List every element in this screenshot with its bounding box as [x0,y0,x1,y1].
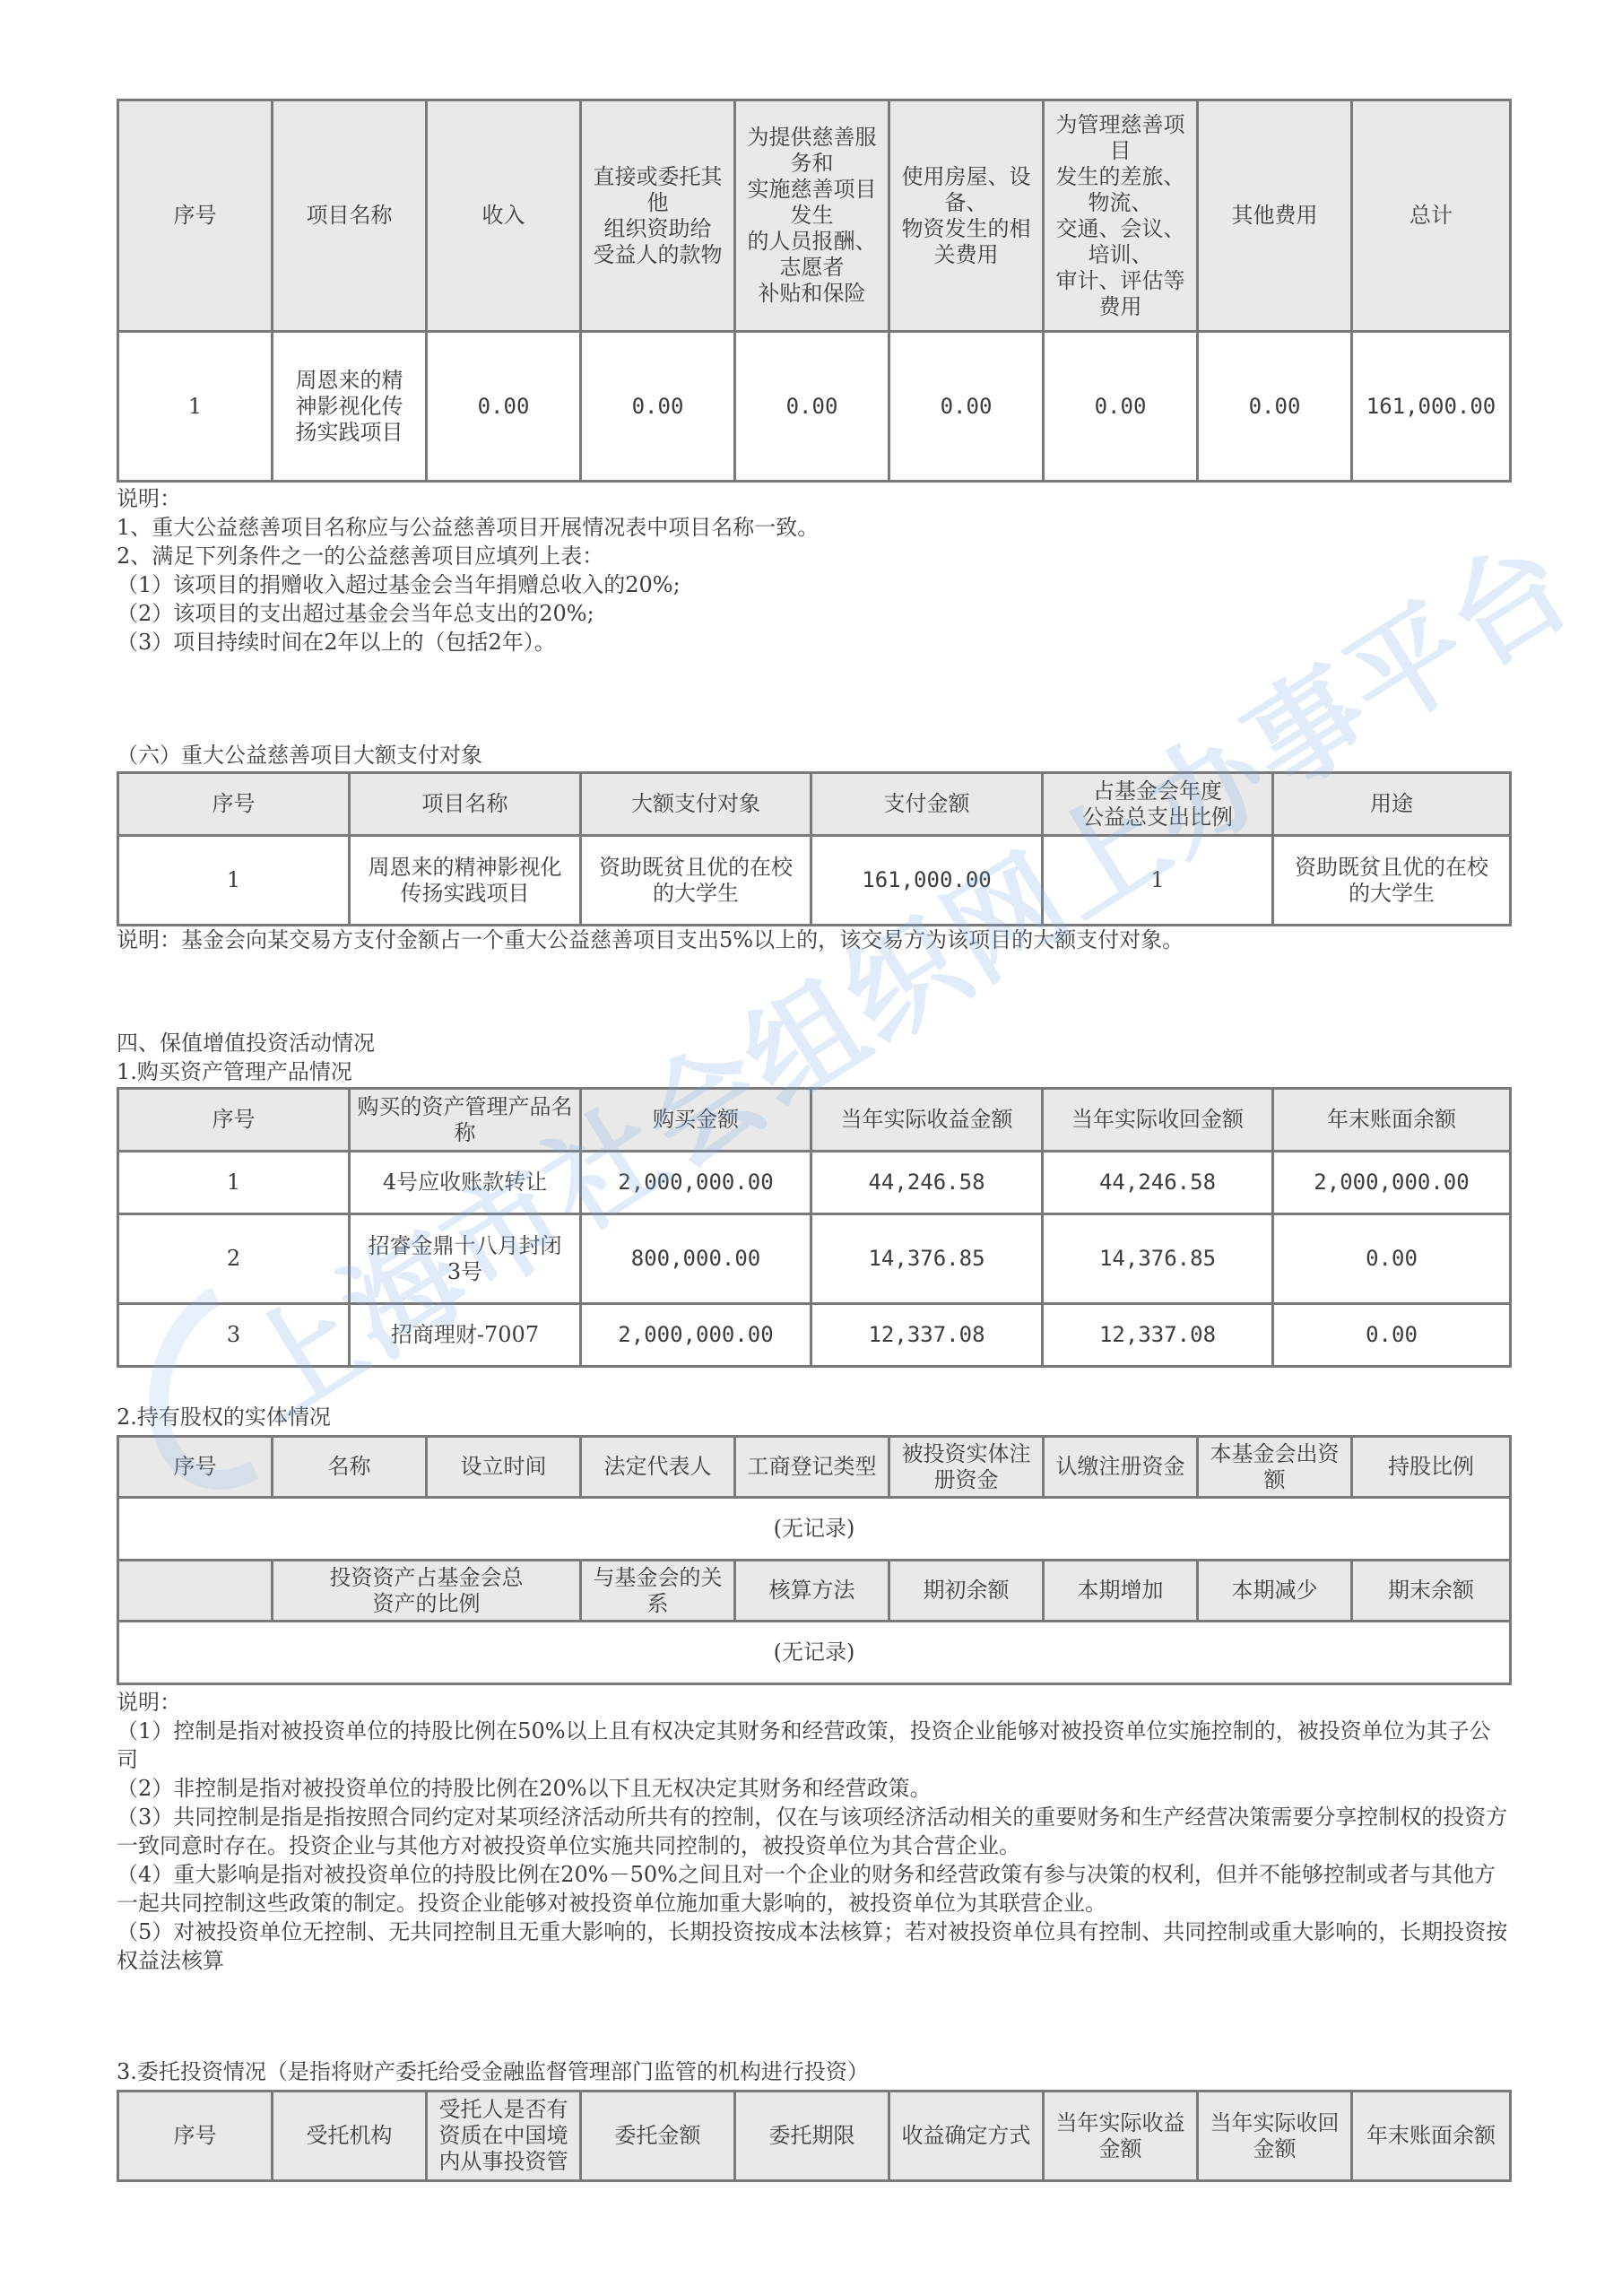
document-page: 序号 项目名称 收入 直接或委托其他组织资助给受益人的款物 为提供慈善服务和实施… [0,0,1622,2296]
cell-purchase: 2,000,000.00 [581,1304,811,1367]
header-cell: 期初余额 [889,1561,1044,1622]
header-cell: 总计 [1352,100,1511,332]
header-cell: 用途 [1273,773,1511,836]
table-row: 1 4号应收账款转让 2,000,000.00 44,246.58 44,246… [118,1152,1511,1214]
note-line: （3）项目持续时间在2年以上的（包括2年）。 [117,628,1511,657]
header-cell: 其他费用 [1198,100,1352,332]
header-cell: 被投资实体注册资金 [889,1437,1044,1498]
equity-table: 序号 名称 设立时间 法定代表人 工商登记类型 被投资实体注册资金 认缴注册资金… [117,1435,1512,1685]
table-header-row: 投资资产占基金会总资产的比例 与基金会的关系 核算方法 期初余额 本期增加 本期… [118,1561,1511,1622]
header-cell: 序号 [118,100,273,332]
cell-grants: 0.00 [581,332,735,482]
header-cell: 当年实际收回金额 [1198,2092,1352,2181]
header-cell: 占基金会年度公益总支出比例 [1043,773,1273,836]
header-cell: 期末余额 [1352,1561,1511,1622]
cell-income: 14,376.85 [811,1214,1043,1304]
header-cell: 当年实际收益金额 [811,1089,1043,1152]
header-cell: 工商登记类型 [735,1437,889,1498]
note-line: （3）共同控制是指是指按照合同约定对某项经济活动所共有的控制，仅在与该项经济活动… [117,1803,1511,1860]
cell-recovered: 12,337.08 [1043,1304,1273,1367]
notes-title: 说明： [117,484,1511,513]
header-cell: 大额支付对象 [581,773,811,836]
cell-index: 3 [118,1304,350,1367]
header-cell: 核算方法 [735,1561,889,1622]
table-header-row: 序号 名称 设立时间 法定代表人 工商登记类型 被投资实体注册资金 认缴注册资金… [118,1437,1511,1498]
cell-payee: 资助既贫且优的在校的大学生 [581,836,811,926]
table-header-row: 序号 项目名称 收入 直接或委托其他组织资助给受益人的款物 为提供慈善服务和实施… [118,100,1511,332]
cell-facilities: 0.00 [889,332,1044,482]
cell-purchase: 800,000.00 [581,1214,811,1304]
header-cell: 购买的资产管理产品名称 [350,1089,581,1152]
cell-total: 161,000.00 [1352,332,1511,482]
major-projects-table: 序号 项目名称 收入 直接或委托其他组织资助给受益人的款物 为提供慈善服务和实施… [117,99,1512,483]
cell-income: 0.00 [427,332,581,482]
major-projects-notes: 说明： 1、重大公益慈善项目名称应与公益慈善项目开展情况表中项目名称一致。 2、… [117,484,1511,657]
section-title-investment: 四、保值增值投资活动情况 [117,1030,375,1057]
header-cell: 收入 [427,100,581,332]
header-cell: 支付金额 [811,773,1043,836]
header-cell: 本期增加 [1044,1561,1198,1622]
header-cell: 项目名称 [350,773,581,836]
header-cell: 受托机构 [273,2092,427,2181]
note-line: （5）对被投资单位无控制、无共同控制且无重大影响的，长期投资按成本法核算；若对被… [117,1918,1511,1975]
asset-mgmt-table: 序号 购买的资产管理产品名称 购买金额 当年实际收益金额 当年实际收回金额 年末… [117,1087,1512,1368]
header-cell: 年末账面余额 [1352,2092,1511,2181]
cell-other: 0.00 [1198,332,1352,482]
header-cell: 委托期限 [735,2092,889,2181]
table-header-row: 序号 购买的资产管理产品名称 购买金额 当年实际收益金额 当年实际收回金额 年末… [118,1089,1511,1152]
table-row: 2 招睿金鼎十八月封闭3号 800,000.00 14,376.85 14,37… [118,1214,1511,1304]
cell-index: 2 [118,1214,350,1304]
header-cell: 收益确定方式 [889,2092,1044,2181]
cell-index: 1 [118,332,273,482]
cell-recovered: 14,376.85 [1043,1214,1273,1304]
table-row: (无记录) [118,1498,1511,1561]
entrusted-investment-table: 序号 受托机构 受托人是否有资质在中国境内从事投资管 委托金额 委托期限 收益确… [117,2090,1512,2182]
header-cell [118,1561,273,1622]
header-cell: 本期减少 [1198,1561,1352,1622]
header-cell: 年末账面余额 [1273,1089,1511,1152]
header-cell: 序号 [118,2092,273,2181]
cell-income: 44,246.58 [811,1152,1043,1214]
note-line: （2）非控制是指对被投资单位的持股比例在20%以下且无权决定其财务和经营政策。 [117,1774,1511,1803]
header-cell: 受托人是否有资质在中国境内从事投资管 [427,2092,581,2181]
header-cell: 认缴注册资金 [1044,1437,1198,1498]
cell-product: 4号应收账款转让 [350,1152,581,1214]
cell-product: 招商理财-7007 [350,1304,581,1367]
header-cell: 购买金额 [581,1089,811,1152]
table-row: 1 周恩来的精神影视化传扬实践项目 资助既贫且优的在校的大学生 161,000.… [118,836,1511,926]
header-cell: 序号 [118,773,350,836]
cell-purpose: 资助既贫且优的在校的大学生 [1273,836,1511,926]
section-title-large-payment: （六）重大公益慈善项目大额支付对象 [117,742,482,769]
subsection-title-equity: 2.持有股权的实体情况 [117,1404,331,1431]
table-header-row: 序号 受托机构 受托人是否有资质在中国境内从事投资管 委托金额 委托期限 收益确… [118,2092,1511,2181]
subsection-title-asset-mgmt: 1.购买资产管理产品情况 [117,1058,352,1085]
cell-recovered: 44,246.58 [1043,1152,1273,1214]
cell-project-name: 周恩来的精神影视化传扬实践项目 [350,836,581,926]
table-row: 1 周恩来的精神影视化传扬实践项目 0.00 0.00 0.00 0.00 0.… [118,332,1511,482]
cell-product: 招睿金鼎十八月封闭3号 [350,1214,581,1304]
header-cell: 为管理慈善项目发生的差旅、物流、交通、会议、培训、审计、评估等费用 [1044,100,1198,332]
no-record-text: (无记录) [118,1498,1511,1561]
cell-purchase: 2,000,000.00 [581,1152,811,1214]
note-line: （1）控制是指对被投资单位的持股比例在50%以上且有权决定其财务和经营政策，投资… [117,1717,1511,1774]
table-header-row: 序号 项目名称 大额支付对象 支付金额 占基金会年度公益总支出比例 用途 [118,773,1511,836]
header-cell: 与基金会的关系 [581,1561,735,1622]
header-cell: 序号 [118,1089,350,1152]
header-cell: 使用房屋、设备、物资发生的相关费用 [889,100,1044,332]
cell-ratio: 1 [1043,836,1273,926]
notes-title: 说明： [117,1688,1511,1717]
note-line: 1、重大公益慈善项目名称应与公益慈善项目开展情况表中项目名称一致。 [117,513,1511,542]
note-line: （2）该项目的支出超过基金会当年总支出的20%; [117,599,1511,628]
cell-amount: 161,000.00 [811,836,1043,926]
header-cell: 设立时间 [427,1437,581,1498]
header-cell: 法定代表人 [581,1437,735,1498]
cell-admin: 0.00 [1044,332,1198,482]
cell-project-name: 周恩来的精神影视化传扬实践项目 [273,332,427,482]
equity-notes: 说明： （1）控制是指对被投资单位的持股比例在50%以上且有权决定其财务和经营政… [117,1688,1511,1975]
cell-balance: 0.00 [1273,1214,1511,1304]
header-cell: 为提供慈善服务和实施慈善项目发生的人员报酬、志愿者补贴和保险 [735,100,889,332]
header-cell: 当年实际收回金额 [1043,1089,1273,1152]
table-row: (无记录) [118,1622,1511,1684]
header-cell: 项目名称 [273,100,427,332]
note-line: （4）重大影响是指对被投资单位的持股比例在20%－50%之间且对一个企业的财务和… [117,1860,1511,1918]
no-record-text: (无记录) [118,1622,1511,1684]
cell-balance: 0.00 [1273,1304,1511,1367]
header-cell: 名称 [273,1437,427,1498]
header-cell: 当年实际收益金额 [1044,2092,1198,2181]
subsection-title-entrusted: 3.委托投资情况（是指将财产委托给受金融监督管理部门监管的机构进行投资） [117,2058,869,2085]
cell-index: 1 [118,836,350,926]
large-payment-table: 序号 项目名称 大额支付对象 支付金额 占基金会年度公益总支出比例 用途 1 周… [117,771,1512,926]
header-cell: 投资资产占基金会总资产的比例 [273,1561,581,1622]
table-row: 3 招商理财-7007 2,000,000.00 12,337.08 12,33… [118,1304,1511,1367]
note-line: （1）该项目的捐赠收入超过基金会当年捐赠总收入的20%; [117,570,1511,599]
header-cell: 委托金额 [581,2092,735,2181]
header-cell: 持股比例 [1352,1437,1511,1498]
header-cell: 本基金会出资额 [1198,1437,1352,1498]
note-line: 2、满足下列条件之一的公益慈善项目应填列上表： [117,542,1511,570]
header-cell: 直接或委托其他组织资助给受益人的款物 [581,100,735,332]
cell-income: 12,337.08 [811,1304,1043,1367]
cell-balance: 2,000,000.00 [1273,1152,1511,1214]
large-payment-note: 说明：基金会向某交易方支付金额占一个重大公益慈善项目支出5%以上的，该交易方为该… [117,926,1184,953]
header-cell: 序号 [118,1437,273,1498]
cell-personnel: 0.00 [735,332,889,482]
cell-index: 1 [118,1152,350,1214]
